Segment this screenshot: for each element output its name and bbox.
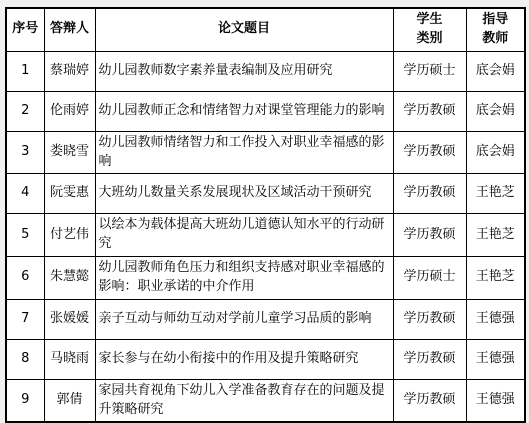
cell-name: 张媛媛 [44,299,95,339]
cell-title: 家长参与在幼小衔接中的作用及提升策略研究 [95,339,393,379]
cell-category: 学历教硕 [393,174,466,214]
cell-category: 学历教硕 [393,299,466,339]
cell-no: 3 [6,131,44,174]
table-row: 8 马晓雨 家长参与在幼小衔接中的作用及提升策略研究 学历教硕 王德强 [6,339,525,379]
cell-advisor: 王德强 [466,339,525,379]
cell-category: 学历硕士 [393,257,466,300]
cell-category: 学历教硕 [393,339,466,379]
cell-category: 学历教硕 [393,131,466,174]
cell-name: 马晓雨 [44,339,95,379]
cell-no: 8 [6,339,44,379]
cell-title: 以绘本为载体提高大班幼儿道德认知水平的行动研究 [95,214,393,257]
defense-table-container: 序号 答辩人 论文题目 学生 类别 指导 教师 1 蔡瑞婷 幼儿园教师数字素养量… [5,7,526,423]
cell-no: 4 [6,174,44,214]
cell-advisor: 底会娟 [466,51,525,91]
cell-advisor: 底会娟 [466,91,525,131]
table-row: 7 张媛媛 亲子互动与师幼互动对学前儿童学习品质的影响 学历教硕 王德强 [6,299,525,339]
cell-no: 1 [6,51,44,91]
header-name: 答辩人 [44,8,95,51]
table-row: 5 付艺伟 以绘本为载体提高大班幼儿道德认知水平的行动研究 学历教硕 王艳芝 [6,214,525,257]
cell-advisor: 王艳芝 [466,214,525,257]
header-advisor: 指导 教师 [466,8,525,51]
cell-title: 幼儿园教师数字素养量表编制及应用研究 [95,51,393,91]
cell-title: 大班幼儿数量关系发展现状及区域活动干预研究 [95,174,393,214]
thesis-defense-table: 序号 答辩人 论文题目 学生 类别 指导 教师 1 蔡瑞婷 幼儿园教师数字素养量… [5,7,526,423]
cell-no: 7 [6,299,44,339]
cell-title: 亲子互动与师幼互动对学前儿童学习品质的影响 [95,299,393,339]
table-row: 9 郭倩 家园共育视角下幼儿入学准备教育存在的问题及提升策略研究 学历教硕 王德… [6,379,525,422]
cell-name: 伦雨婷 [44,91,95,131]
cell-no: 6 [6,257,44,300]
cell-category: 学历教硕 [393,91,466,131]
header-title: 论文题目 [95,8,393,51]
cell-category: 学历教硕 [393,214,466,257]
cell-no: 2 [6,91,44,131]
cell-title: 幼儿园教师角色压力和组织支持感对职业幸福感的影响：职业承诺的中介作用 [95,257,393,300]
header-row: 序号 答辩人 论文题目 学生 类别 指导 教师 [6,8,525,51]
table-row: 6 朱慧懿 幼儿园教师角色压力和组织支持感对职业幸福感的影响：职业承诺的中介作用… [6,257,525,300]
table-body: 1 蔡瑞婷 幼儿园教师数字素养量表编制及应用研究 学历硕士 底会娟 2 伦雨婷 … [6,51,525,422]
table-row: 4 阮雯惠 大班幼儿数量关系发展现状及区域活动干预研究 学历教硕 王艳芝 [6,174,525,214]
cell-advisor: 王艳芝 [466,174,525,214]
cell-category: 学历教硕 [393,379,466,422]
table-row: 1 蔡瑞婷 幼儿园教师数字素养量表编制及应用研究 学历硕士 底会娟 [6,51,525,91]
cell-title: 家园共育视角下幼儿入学准备教育存在的问题及提升策略研究 [95,379,393,422]
cell-name: 付艺伟 [44,214,95,257]
cell-name: 郭倩 [44,379,95,422]
cell-name: 娄晓雪 [44,131,95,174]
cell-no: 9 [6,379,44,422]
cell-advisor: 底会娟 [466,131,525,174]
header-no: 序号 [6,8,44,51]
cell-category: 学历硕士 [393,51,466,91]
table-header: 序号 答辩人 论文题目 学生 类别 指导 教师 [6,8,525,51]
table-row: 2 伦雨婷 幼儿园教师正念和情绪智力对课堂管理能力的影响 学历教硕 底会娟 [6,91,525,131]
cell-title: 幼儿园教师正念和情绪智力对课堂管理能力的影响 [95,91,393,131]
cell-title: 幼儿园教师情绪智力和工作投入对职业幸福感的影响 [95,131,393,174]
table-row: 3 娄晓雪 幼儿园教师情绪智力和工作投入对职业幸福感的影响 学历教硕 底会娟 [6,131,525,174]
cell-advisor: 王艳芝 [466,257,525,300]
cell-name: 阮雯惠 [44,174,95,214]
cell-name: 朱慧懿 [44,257,95,300]
cell-advisor: 王德强 [466,299,525,339]
header-category: 学生 类别 [393,8,466,51]
cell-no: 5 [6,214,44,257]
cell-name: 蔡瑞婷 [44,51,95,91]
cell-advisor: 王德强 [466,379,525,422]
